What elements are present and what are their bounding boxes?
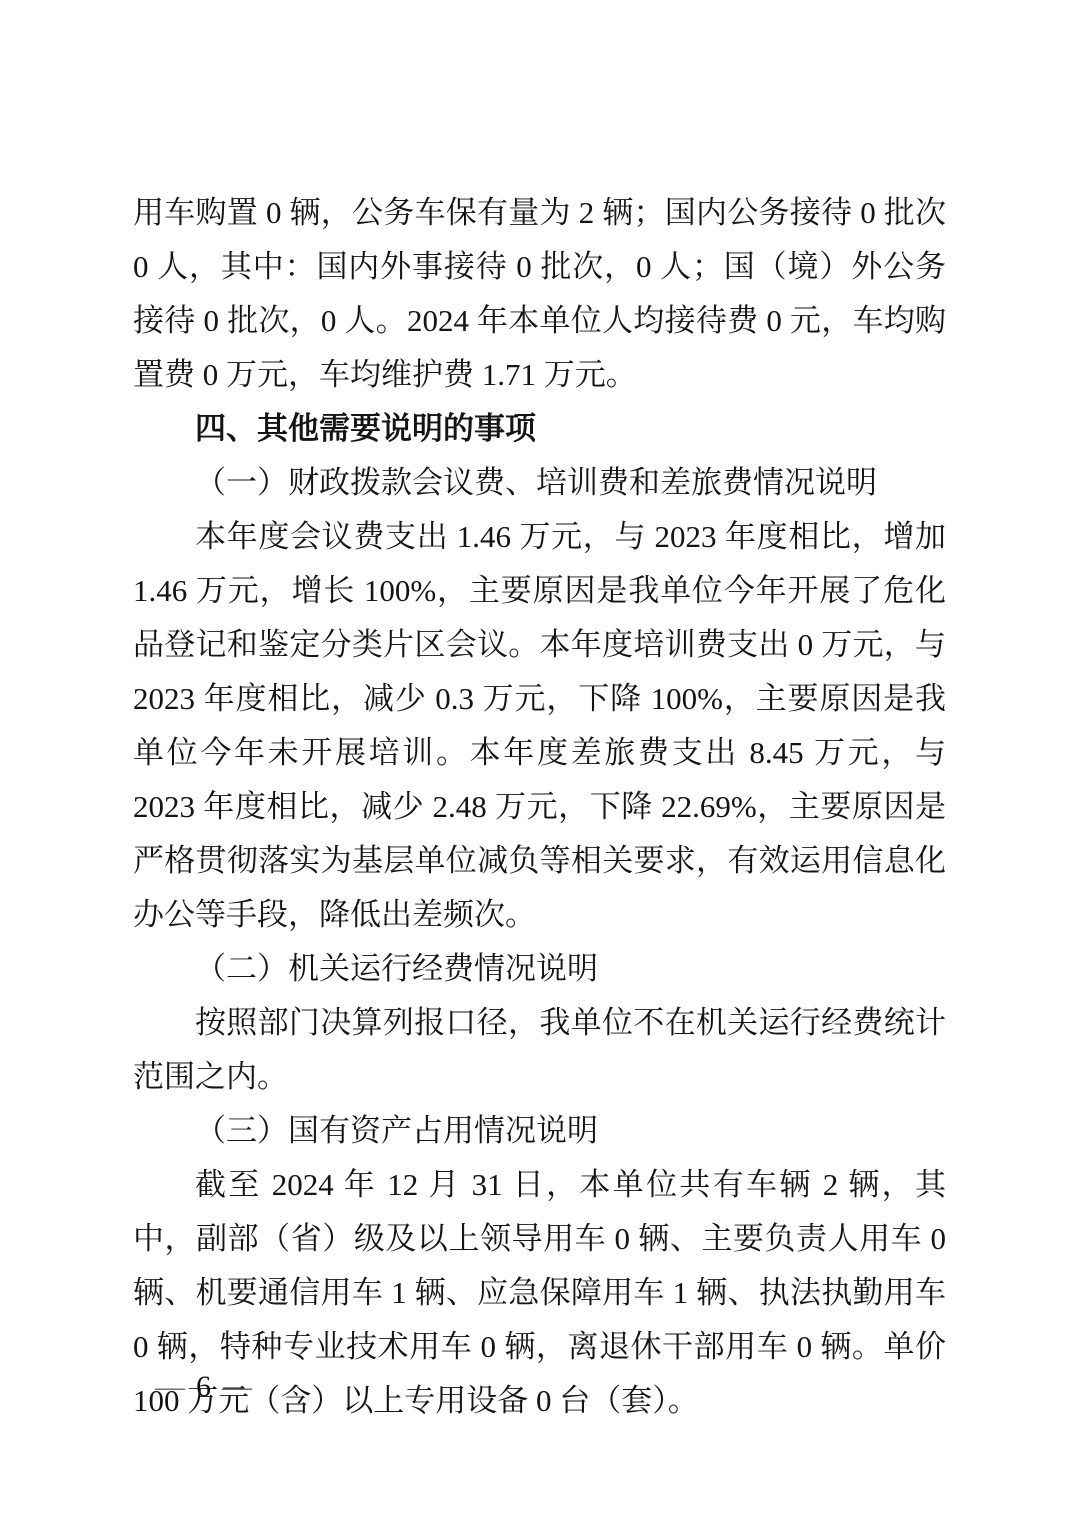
footer-page-number: 6	[196, 1371, 211, 1403]
document-content: 用车购置 0 辆，公务车保有量为 2 辆；国内公务接待 0 批次 0 人，其中：…	[133, 186, 946, 1428]
paragraph-continuation: 用车购置 0 辆，公务车保有量为 2 辆；国内公务接待 0 批次 0 人，其中：…	[133, 186, 946, 402]
subsection-2-paragraph: 按照部门决算列报口径，我单位不在机关运行经费统计范围之内。	[133, 996, 946, 1104]
subsection-3-paragraph: 截至 2024 年 12 月 31 日，本单位共有车辆 2 辆，其中，副部（省）…	[133, 1158, 946, 1428]
subsection-heading-2: （二）机关运行经费情况说明	[133, 942, 946, 996]
section-heading: 四、其他需要说明的事项	[133, 402, 946, 456]
subsection-1-paragraph: 本年度会议费支出 1.46 万元，与 2023 年度相比，增加 1.46 万元，…	[133, 510, 946, 942]
document-page: 用车购置 0 辆，公务车保有量为 2 辆；国内公务接待 0 批次 0 人，其中：…	[0, 0, 1075, 1520]
page-footer: — 6 —	[155, 1371, 252, 1403]
footer-dash-right: —	[222, 1371, 252, 1403]
footer-dash-left: —	[155, 1371, 185, 1403]
subsection-heading-1: （一）财政拨款会议费、培训费和差旅费情况说明	[133, 456, 946, 510]
subsection-heading-3: （三）国有资产占用情况说明	[133, 1104, 946, 1158]
